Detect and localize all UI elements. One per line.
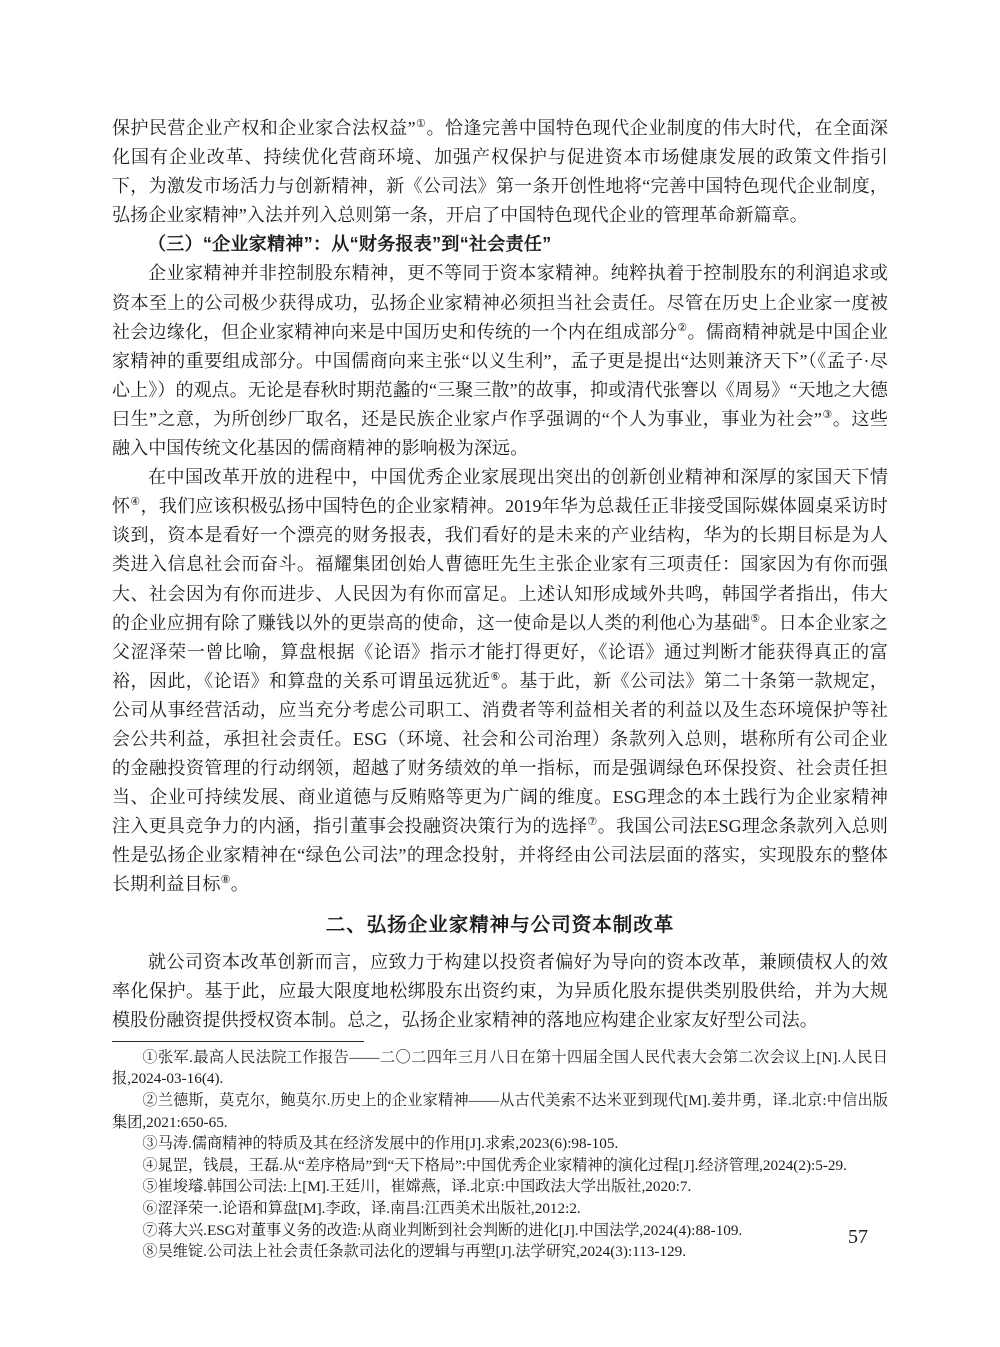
section-heading: 二、弘扬企业家精神与公司资本制改革 xyxy=(112,910,888,940)
subsection-heading: （三）“企业家精神”：从“财务报表”到“社会责任” xyxy=(112,230,888,259)
journal-page: 保护民营企业产权和企业家合法权益”①。恰逢完善中国特色现代企业制度的伟大时代，在… xyxy=(0,0,1000,1347)
footnote-item: ⑥涩泽荣一.论语和算盘[M].李政，译.南昌:江西美术出版社,2012:2. xyxy=(112,1198,888,1220)
footnote-item: ③马涛.儒商精神的特质及其在经济发展中的作用[J].求索,2023(6):98-… xyxy=(112,1133,888,1155)
page-number: 57 xyxy=(848,1226,868,1249)
footnote-item: ⑦蒋大兴.ESG对董事义务的改造:从商业判断到社会判断的进化[J].中国法学,2… xyxy=(112,1220,888,1242)
footnote-item: ⑤崔埈璿.韩国公司法:上[M].王廷川，崔嫦燕，译.北京:中国政法大学出版社,2… xyxy=(112,1176,888,1198)
footnote-item: ②兰德斯，莫克尔，鲍莫尔.历史上的企业家精神——从古代美索不达米亚到现代[M].… xyxy=(112,1090,888,1133)
body-paragraph-continuation: 保护民营企业产权和企业家合法权益”①。恰逢完善中国特色现代企业制度的伟大时代，在… xyxy=(112,114,888,230)
footnote-item: ④晁罡，钱晨，王磊.从“差序格局”到“天下格局”:中国优秀企业家精神的演化过程[… xyxy=(112,1155,888,1177)
footnote-item: ⑧吴维锭.公司法上社会责任条款司法化的逻辑与再塑[J].法学研究,2024(3)… xyxy=(112,1241,888,1263)
body-paragraph: 企业家精神并非控制股东精神，更不等同于资本家精神。纯粹执着于控制股东的利润追求或… xyxy=(112,259,888,463)
body-paragraph: 就公司资本改革创新而言，应致力于构建以投资者偏好为导向的资本改革，兼顾债权人的效… xyxy=(112,948,888,1035)
footnote-item: ①张军.最高人民法院工作报告——二〇二四年三月八日在第十四届全国人民代表大会第二… xyxy=(112,1047,888,1090)
footnotes-section: ①张军.最高人民法院工作报告——二〇二四年三月八日在第十四届全国人民代表大会第二… xyxy=(112,1047,888,1263)
body-paragraph: 在中国改革开放的进程中，中国优秀企业家展现出突出的创新创业精神和深厚的家国天下情… xyxy=(112,463,888,899)
footnote-divider xyxy=(112,1041,364,1042)
text-column: 保护民营企业产权和企业家合法权益”①。恰逢完善中国特色现代企业制度的伟大时代，在… xyxy=(112,114,888,1263)
